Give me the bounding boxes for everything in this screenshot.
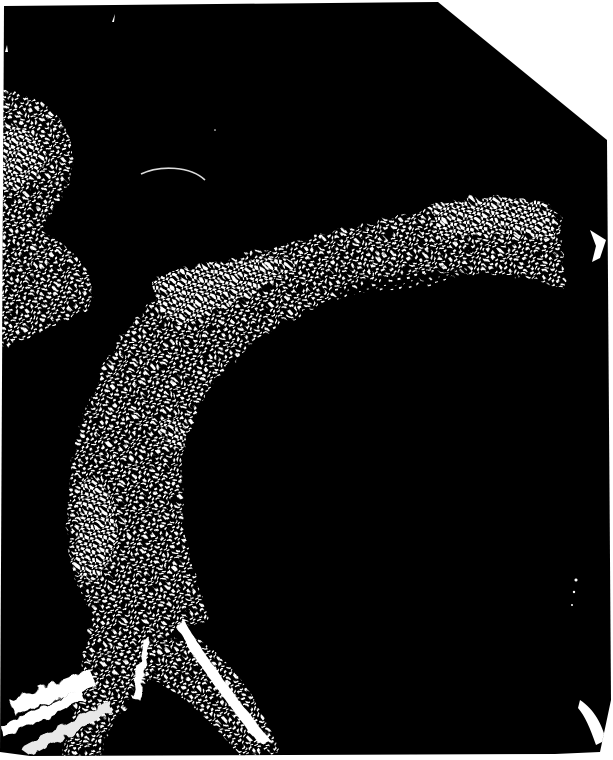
dark-rounded-mass (195, 290, 595, 750)
scanned-photograph (0, 0, 613, 760)
